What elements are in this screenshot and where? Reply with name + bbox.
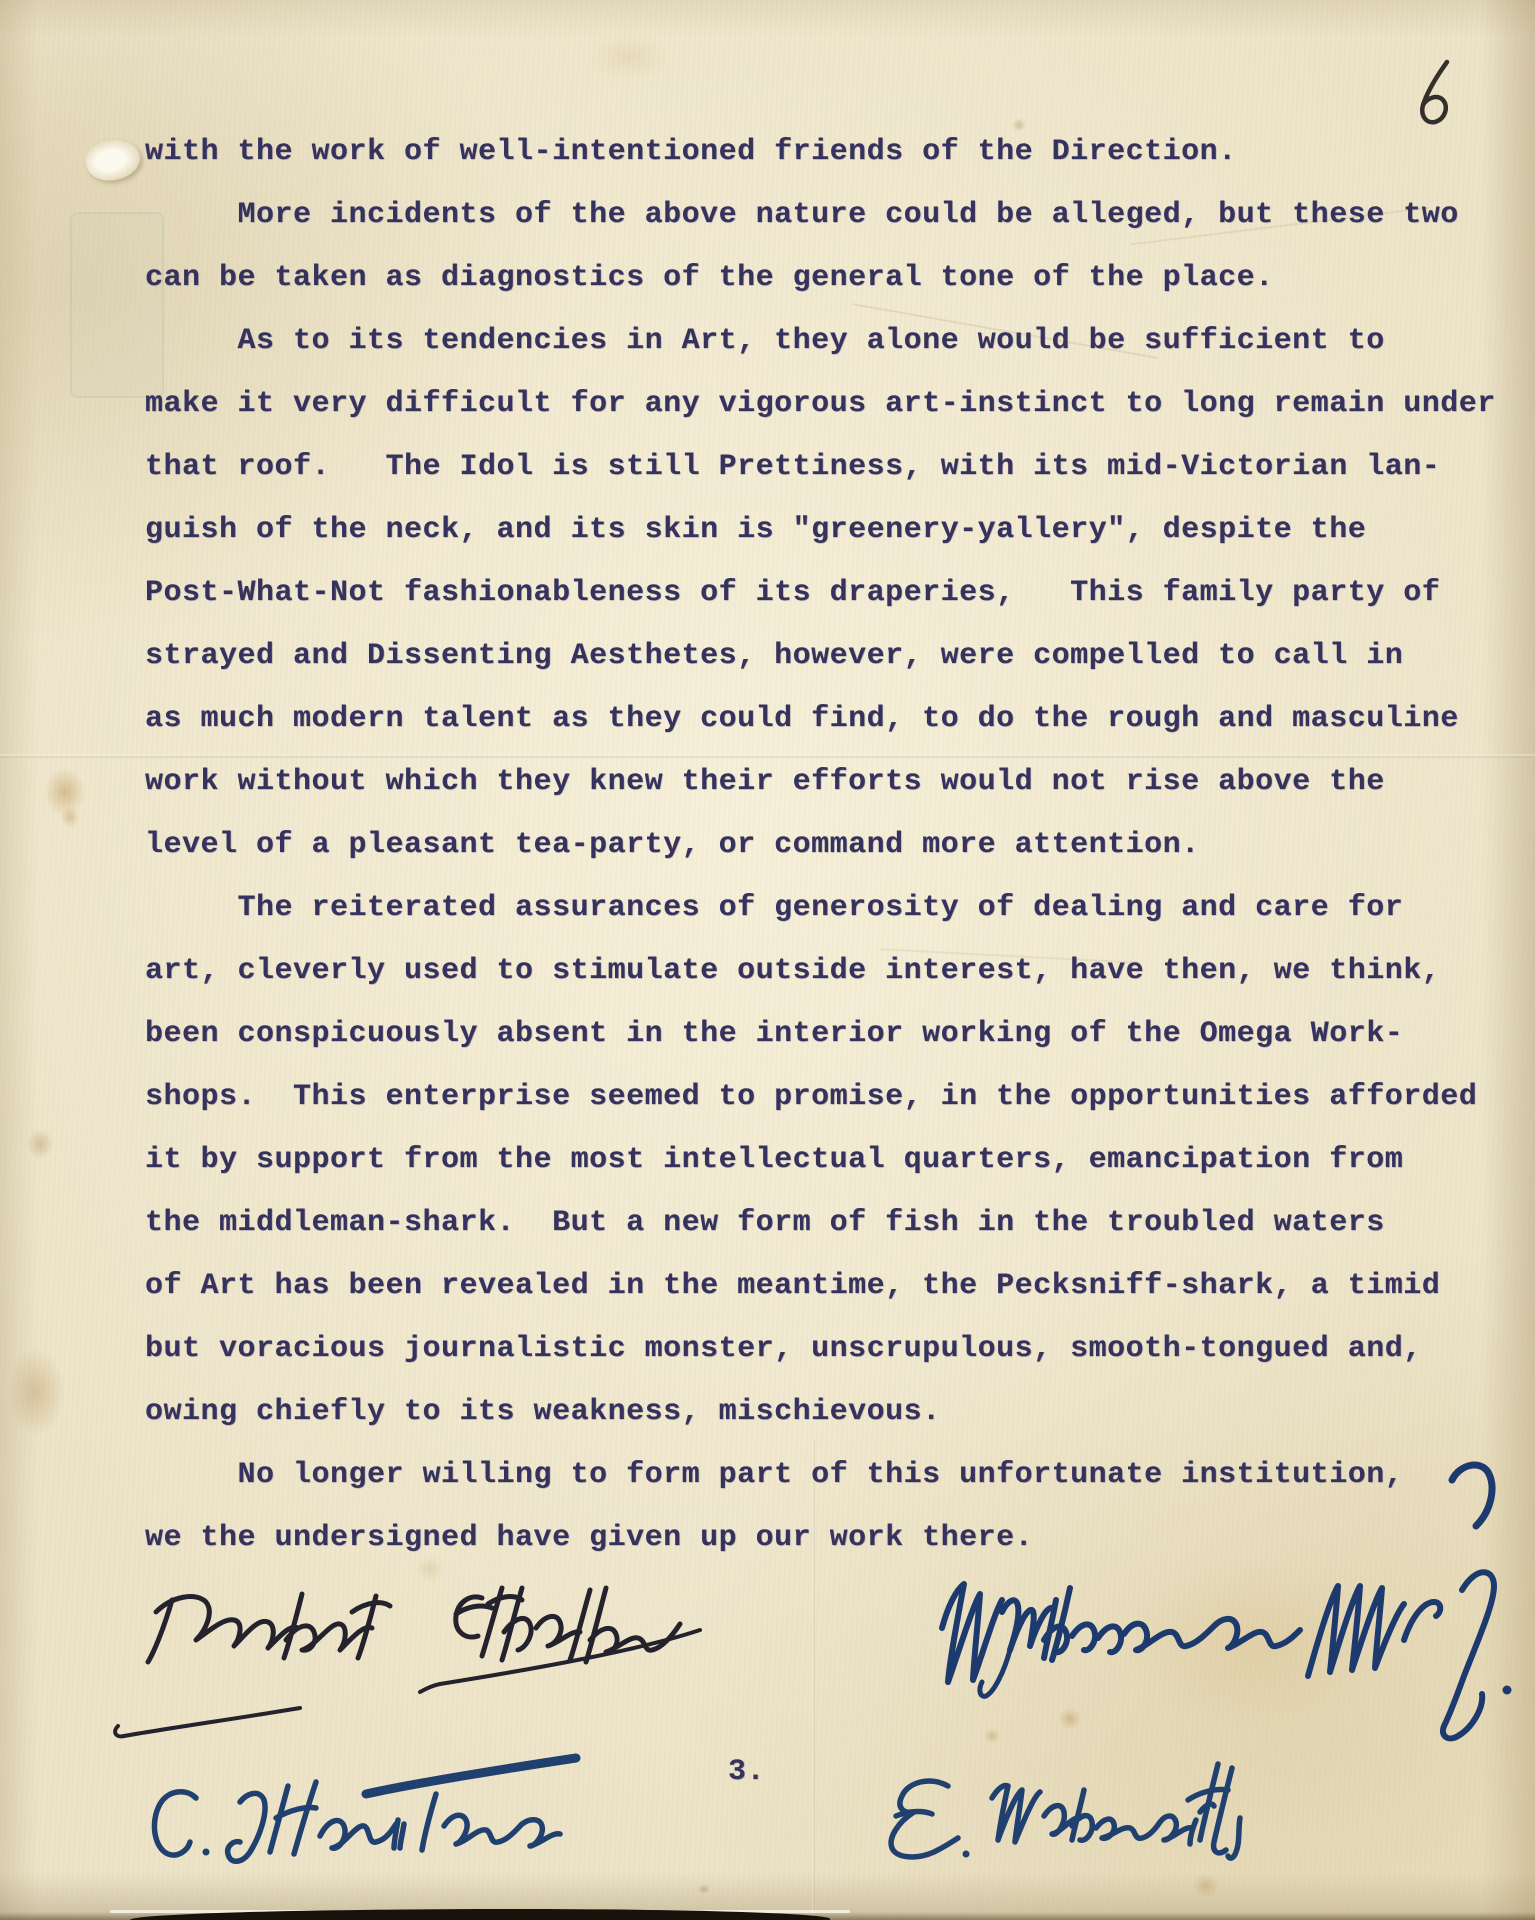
stain: [44, 768, 86, 816]
stain: [586, 32, 672, 82]
stain: [698, 1884, 710, 1894]
stain: [8, 1348, 64, 1436]
stain: [1118, 1556, 1388, 1726]
stain: [1192, 1874, 1220, 1898]
stain: [984, 1728, 1000, 1744]
letter-body-text: with the work of well-intentioned friend…: [145, 121, 1496, 1570]
paper-tear: [82, 135, 143, 185]
letter-page: with the work of well-intentioned friend…: [0, 0, 1535, 1920]
stain: [60, 806, 80, 828]
typed-page-number: 3.: [728, 1757, 765, 1787]
stain: [1058, 1708, 1082, 1730]
stain: [26, 1128, 54, 1160]
